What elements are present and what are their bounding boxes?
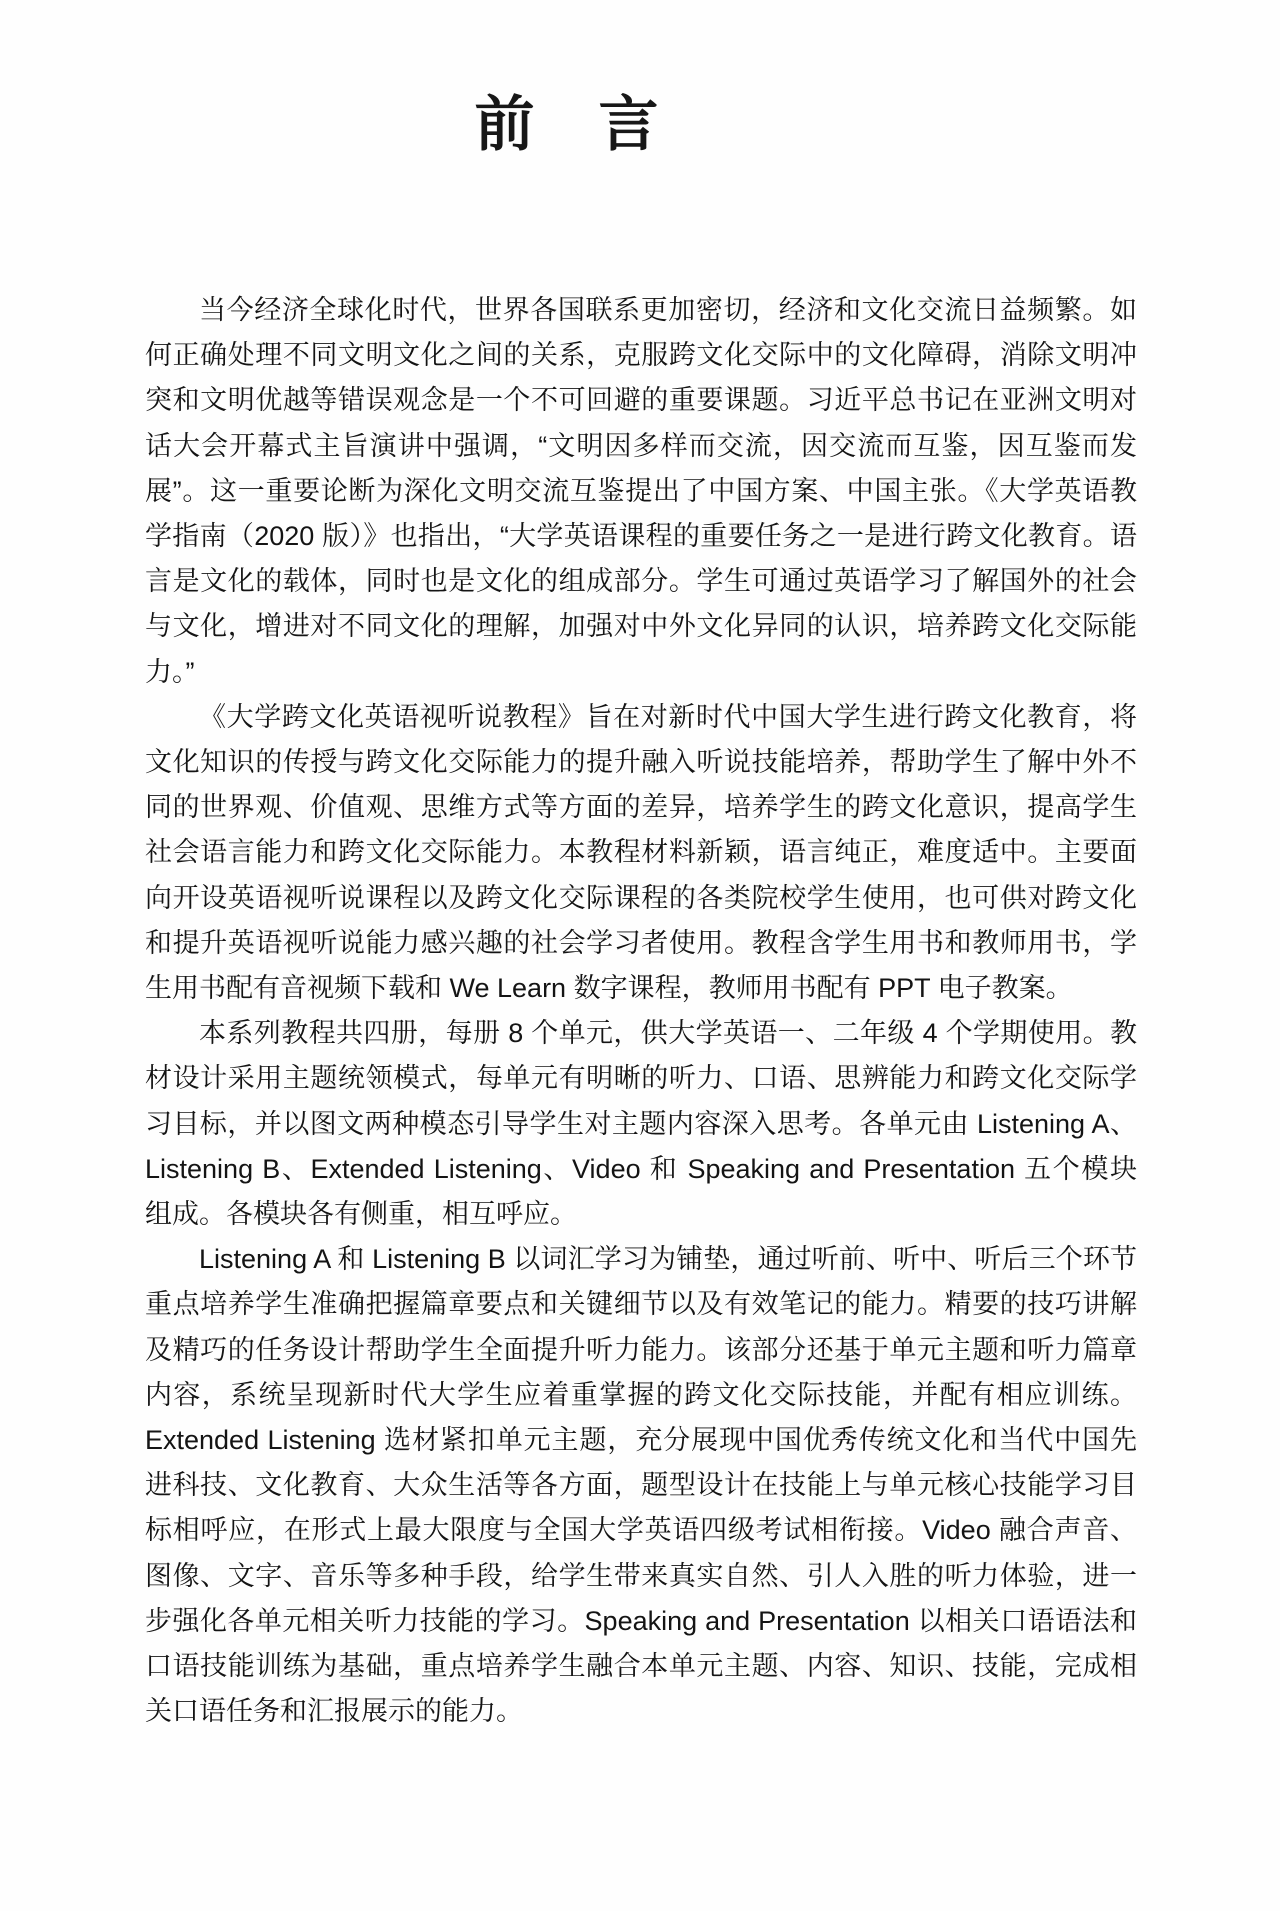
preface-paragraph-2: 《大学跨文化英语视听说教程》旨在对新时代中国大学生进行跨文化教育，将文化知识的传… <box>145 695 1137 1011</box>
page-title: 前 言 <box>0 0 1135 158</box>
preface-page: 前 言 当今经济全球化时代，世界各国联系更加密切，经济和文化交流日益频繁。如何正… <box>0 0 1280 1911</box>
preface-paragraph-4: Listening A 和 Listening B 以词汇学习为铺垫，通过听前、… <box>145 1237 1137 1734</box>
preface-paragraph-1: 当今经济全球化时代，世界各国联系更加密切，经济和文化交流日益频繁。如何正确处理不… <box>145 288 1137 695</box>
preface-paragraph-3: 本系列教程共四册，每册 8 个单元，供大学英语一、二年级 4 个学期使用。教材设… <box>145 1011 1137 1237</box>
preface-body: 当今经济全球化时代，世界各国联系更加密切，经济和文化交流日益频繁。如何正确处理不… <box>145 288 1137 1735</box>
